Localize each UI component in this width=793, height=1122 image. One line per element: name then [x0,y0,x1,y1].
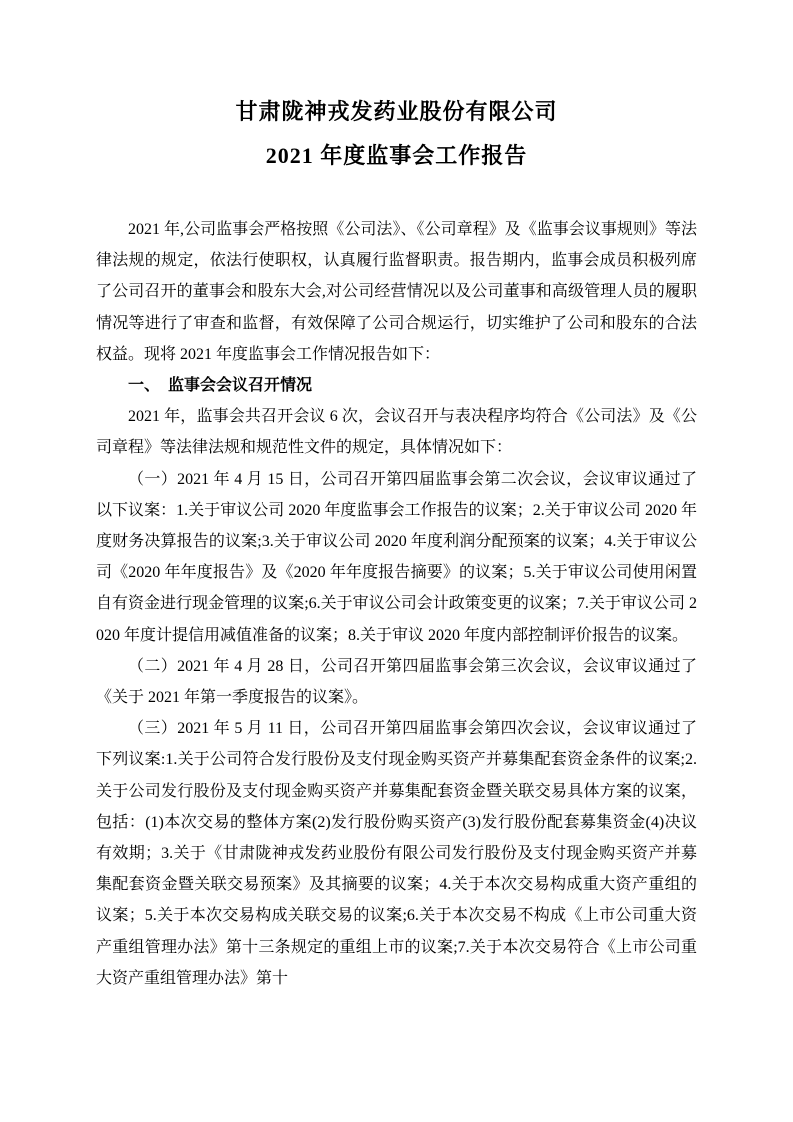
intro-paragraph: 2021 年,公司监事会严格按照《公司法》、《公司章程》及《监事会议事规则》等法… [96,214,697,370]
document-title: 甘肃陇神戎发药业股份有限公司 [96,100,697,124]
meetings-summary-paragraph: 2021 年，监事会共召开会议 6 次，会议召开与表决程序均符合《公司法》及《公… [96,401,697,463]
document-subtitle: 2021 年度监事会工作报告 [96,144,697,168]
document-page: 甘肃陇神戎发药业股份有限公司 2021 年度监事会工作报告 2021 年,公司监… [0,0,793,1122]
meeting-2-paragraph: （二）2021 年 4 月 28 日，公司召开第四届监事会第三次会议，会议审议通… [96,651,697,713]
section-heading-meeting-overview: 一、 监事会会议召开情况 [96,370,697,401]
document-body: 2021 年,公司监事会严格按照《公司法》、《公司章程》及《监事会议事规则》等法… [96,214,697,994]
meeting-3-paragraph: （三）2021 年 5 月 11 日，公司召开第四届监事会第四次会议，会议审议通… [96,713,697,994]
meeting-1-paragraph: （一）2021 年 4 月 15 日，公司召开第四届监事会第二次会议，会议审议通… [96,464,697,651]
title-block: 甘肃陇神戎发药业股份有限公司 2021 年度监事会工作报告 [96,100,697,168]
